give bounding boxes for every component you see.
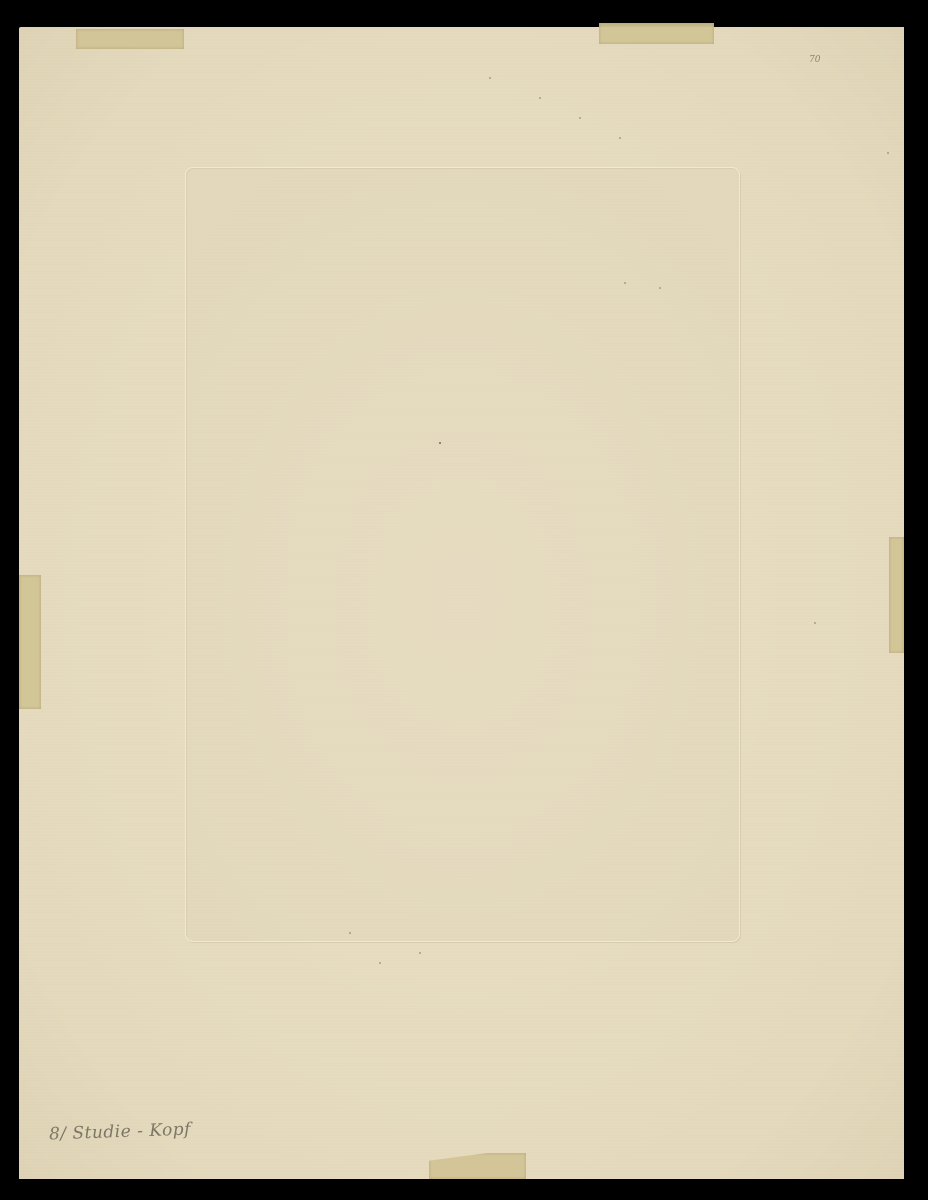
ink-speckle — [489, 77, 491, 79]
ink-speckle — [349, 932, 351, 934]
ink-speckle — [814, 622, 816, 624]
ink-speckle — [887, 152, 889, 154]
ink-speckle — [619, 137, 621, 139]
hinge-tape-left — [19, 575, 41, 709]
hinge-tape-bottom — [429, 1153, 526, 1179]
ink-speckle — [624, 282, 626, 284]
hinge-tape-right — [889, 537, 904, 653]
pencil-inscription: 8/ Studie - Kopf — [49, 1120, 192, 1145]
corner-number: 70 — [809, 55, 820, 65]
ink-speckle — [579, 117, 581, 119]
ink-speckle — [379, 962, 381, 964]
ink-speckle — [659, 287, 661, 289]
ink-speckle — [439, 442, 441, 444]
plate-mark — [185, 167, 740, 942]
hinge-tape-top-left — [76, 29, 184, 49]
ink-speckle — [419, 952, 421, 954]
paper-sheet: 70 8/ Studie - Kopf — [19, 27, 904, 1179]
hinge-tape-top-right — [599, 23, 714, 44]
ink-speckle — [539, 97, 541, 99]
